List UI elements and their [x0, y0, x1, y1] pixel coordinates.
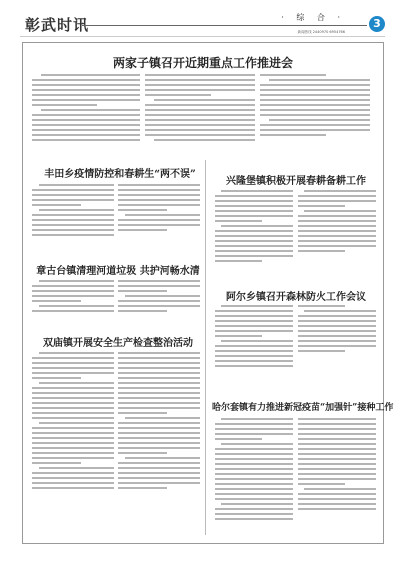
article-1-body-col-3: [260, 74, 370, 139]
page-number-badge: 3: [369, 16, 385, 32]
article-4-body-col-1: [32, 280, 114, 315]
article-5-body-col-1: [215, 305, 293, 370]
article-3-body-col-1: [215, 190, 293, 265]
article-7-body-col-1: [215, 418, 293, 523]
contact-line: 新闻热线 2440970 6954766: [298, 30, 345, 35]
article-2-body-col-1: [32, 184, 114, 239]
section-label: · 综 合 ·: [277, 12, 345, 23]
headline-article-6[interactable]: 双庙镇开展安全生产检查整治活动: [28, 334, 208, 349]
article-2-body-col-2: [118, 184, 200, 234]
headline-article-1[interactable]: 两家子镇召开近期重点工作推进会: [22, 54, 384, 71]
article-3-body-col-2: [298, 190, 376, 255]
masthead-rule: [82, 25, 367, 26]
article-1-body-col-2: [145, 74, 255, 144]
article-1-body-col-1: [32, 74, 140, 144]
article-7-body-col-2: [298, 418, 376, 513]
article-6-body-col-2: [118, 352, 200, 492]
headline-article-4[interactable]: 章古台镇清理河道垃圾 共护河畅水清: [28, 262, 208, 277]
header-divider: [20, 36, 385, 37]
newspaper-logo: 彰武时讯: [25, 14, 89, 35]
headline-article-2[interactable]: 丰田乡疫情防控和春耕生“两不误”: [30, 165, 210, 180]
article-6-body-col-1: [32, 352, 114, 492]
headline-article-3[interactable]: 兴隆堡镇积极开展春耕备耕工作: [212, 172, 380, 187]
headline-article-5[interactable]: 阿尔乡镇召开森林防火工作会议: [212, 288, 380, 303]
article-5-body-col-2: [298, 305, 376, 355]
article-4-body-col-2: [118, 280, 200, 315]
masthead: 彰武时讯 · 综 合 · 3 新闻热线 2440970 6954766: [20, 12, 385, 38]
headline-article-7[interactable]: 哈尔套镇有力推进新冠疫苗“加强针”接种工作: [212, 400, 380, 413]
